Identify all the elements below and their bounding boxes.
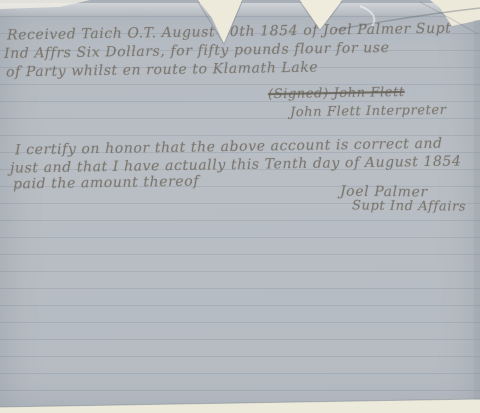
document-scan: Received Taich O.T. August 10th 1854 of … bbox=[0, 0, 480, 413]
receipt-signature: John Flett Interpreter bbox=[290, 103, 447, 120]
right-edge-shading bbox=[474, 20, 480, 400]
bottom-backing-strip bbox=[0, 399, 480, 413]
certification-line-3: paid the amount thereof bbox=[13, 174, 199, 193]
paper-fold-highlight bbox=[0, 3, 480, 16]
receipt-signed-struck: (Signed) John Flett bbox=[268, 85, 405, 102]
bottom-edge-shadow bbox=[0, 399, 480, 407]
receipt-line-2: Ind Affrs Six Dollars, for fifty pounds … bbox=[4, 40, 390, 62]
certifier-signature-title: Supt Ind Affairs bbox=[352, 198, 466, 214]
receipt-line-3: of Party whilst en route to Klamath Lake bbox=[6, 60, 318, 81]
